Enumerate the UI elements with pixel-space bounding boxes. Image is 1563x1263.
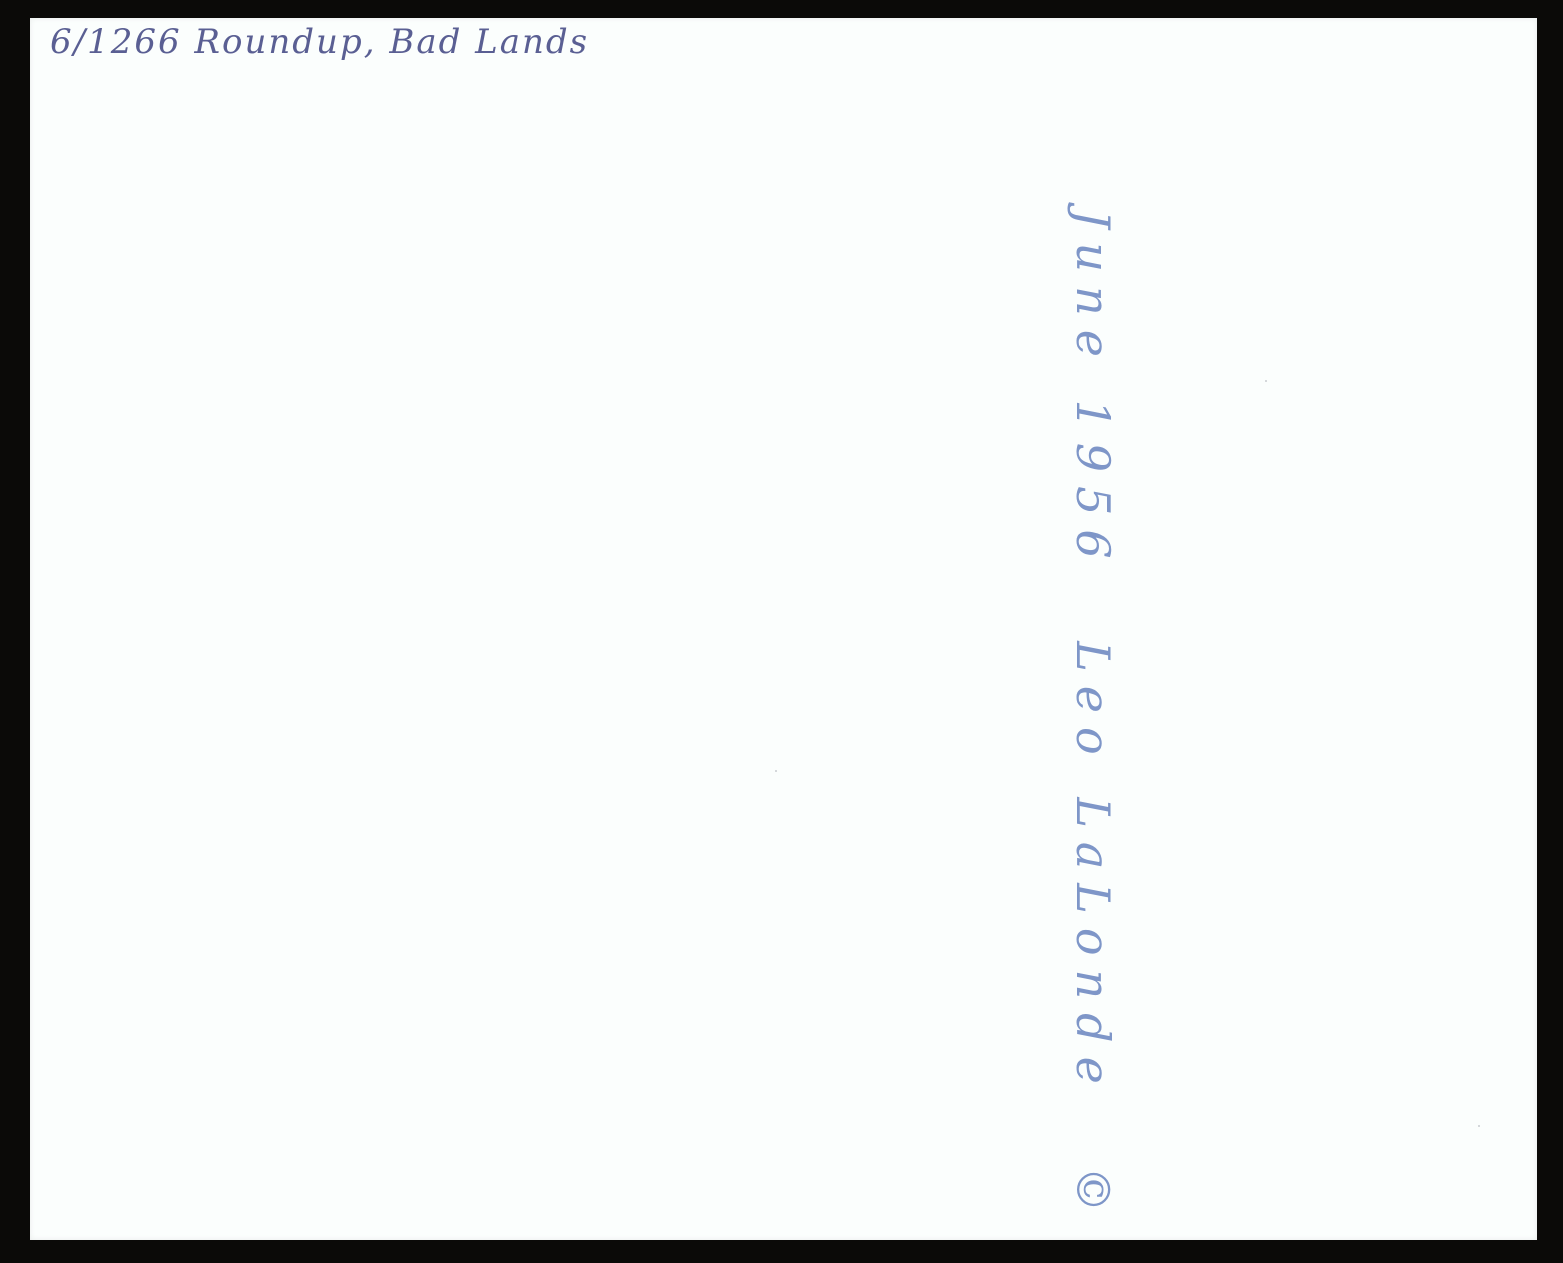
handwritten-caption: 6/1266 Roundup, Bad Lands [50,22,589,62]
note-date: June 1956 [1066,210,1120,573]
photo-paper [30,18,1537,1240]
paper-speck [1478,1125,1480,1127]
note-author: Leo LaLonde [1066,641,1120,1098]
paper-speck [1265,380,1267,382]
paper-speck [775,770,777,772]
handwritten-vertical-note: June 1956 Leo LaLonde © [1066,210,1120,1226]
copyright-icon: © [1066,1166,1120,1226]
